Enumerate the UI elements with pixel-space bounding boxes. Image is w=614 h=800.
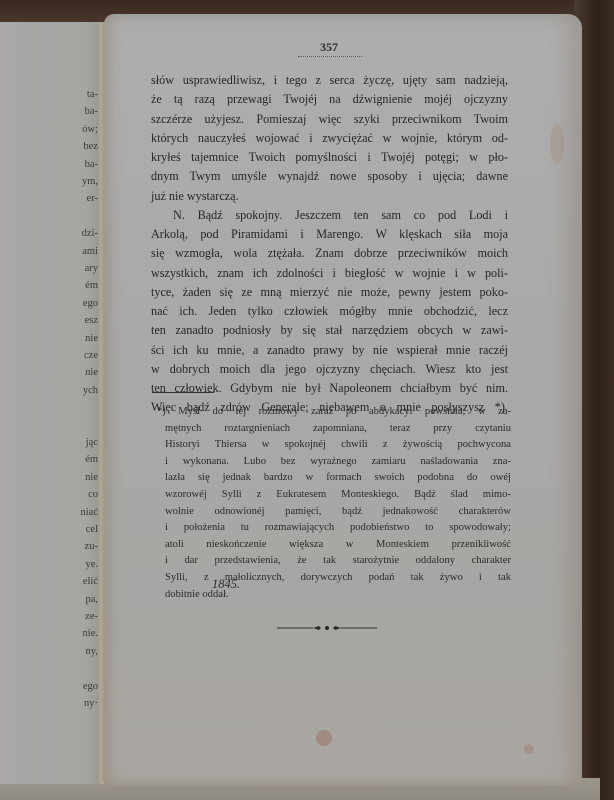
body-line: ten zanadto podniosły by się stał narzęd… xyxy=(151,321,508,340)
left-page-fragment: jąc xyxy=(86,436,98,449)
body-line: ści ich ku mnie, a zanadto prawy by nie … xyxy=(151,341,508,360)
ornament-divider-icon xyxy=(277,624,377,632)
left-page-fragment: ba- xyxy=(85,158,98,171)
body-line: dnym Twym umyśle wynajdź nowe sposoby i … xyxy=(151,167,508,186)
left-page-fragment: ém xyxy=(85,279,98,292)
left-page: ta-ba-ów;bezba-ym,er-dzi-amiaryémegoeszn… xyxy=(0,22,106,784)
footnote-line: i dar przedstawienia, że tak starożytnie… xyxy=(165,553,511,570)
footnote: *) Myśl do téj rozmowy zaraz po abdykacy… xyxy=(165,404,511,603)
left-page-fragment: niać xyxy=(81,506,99,519)
footnote-line: i położenia tu rozmawiających podobieńst… xyxy=(165,520,511,537)
body-line: słów usprawiedliwisz, i tego z serca życ… xyxy=(151,71,508,90)
foxing-stain xyxy=(524,744,534,754)
left-page-fragment: co xyxy=(88,488,98,501)
body-line: kryłeś tajemnice Twoich pomyślności i Tw… xyxy=(151,148,508,167)
left-page-fragment: ba- xyxy=(85,105,98,118)
left-page-fragment: cel xyxy=(86,523,98,536)
left-page-fragment: ta- xyxy=(87,88,98,101)
left-page-fragment: ym, xyxy=(82,175,98,188)
footnote-line: mętnych roztargnieniach zapomniana, tera… xyxy=(165,421,511,438)
page-number: 357 xyxy=(309,40,349,55)
left-page-fragment: dzi- xyxy=(82,227,98,240)
footnote-line: *) Myśl do téj rozmowy zaraz po abdykacy… xyxy=(157,404,511,421)
body-line: wszystkich, znam ich zdolności i biegłoś… xyxy=(151,264,508,283)
left-page-fragment: er- xyxy=(87,192,98,205)
body-line: w dobrych moich dla jego ojczyzny chęcia… xyxy=(151,360,508,379)
footnote-line: Historyi Thiersa w spokojnéj chwili z ży… xyxy=(165,437,511,454)
footnote-line: atoli nieskończenie większa w Monteskiem… xyxy=(165,537,511,554)
left-page-fragment: nie xyxy=(85,332,98,345)
body-line: że tą razą przewagi Twojéj na dźwignieni… xyxy=(151,90,508,109)
left-page-fragment: ego xyxy=(83,680,98,693)
foxing-stain xyxy=(316,730,332,746)
left-page-fragment: ami xyxy=(82,245,98,258)
body-line: Arkolą, pod Piramidami i Marengo. W klęs… xyxy=(151,225,508,244)
left-page-fragment: ary xyxy=(85,262,98,275)
body-line: ten człowiek. Gdybym nie był Napoleonem … xyxy=(151,379,508,398)
body-line: tyce, żaden się ze mną mierzyć nie może,… xyxy=(151,283,508,302)
left-page-fragment: ów; xyxy=(82,123,98,136)
left-page-fragment: ye. xyxy=(85,558,98,571)
body-line: nać ich. Jeden tylko człowiek mógłby mni… xyxy=(151,302,508,321)
body-text: słów usprawiedliwisz, i tego z serca życ… xyxy=(151,71,508,418)
body-line: szczérze użyjesz. Pomieszaj więc szyki p… xyxy=(151,110,508,129)
left-page-fragment: nie xyxy=(85,366,98,379)
left-page-fragment: bez xyxy=(83,140,98,153)
left-page-fragment: pa, xyxy=(85,593,98,606)
page-number-rule xyxy=(298,56,362,58)
footnote-line: wolnie odnowionéj pamięci, bądź jednakow… xyxy=(165,504,511,521)
foxing-stain xyxy=(550,124,564,164)
footnote-line: i wykonana. Lubo bez wyraźnego zamiaru n… xyxy=(165,454,511,471)
left-page-fragment: ny· xyxy=(84,697,98,710)
left-page-fragment: nie. xyxy=(83,627,98,640)
left-page-fragment: ze- xyxy=(85,610,98,623)
footnote-line: wzorowéj Sylli z Eukratesem Monteskiego.… xyxy=(165,487,511,504)
body-line: których nauczyłeś wojować i zwyciężać w … xyxy=(151,129,508,148)
body-line: już nie wystarczą. xyxy=(151,187,508,206)
body-line: się wzmogła, wola ztężała. Znam dobrze p… xyxy=(151,244,508,263)
date-signature: 1845. xyxy=(212,577,240,592)
left-page-fragment: ego xyxy=(83,297,98,310)
left-page-fragment: elić xyxy=(83,575,98,588)
body-line: N. Bądź spokojny. Jeszczem ten sam co po… xyxy=(151,206,508,225)
left-page-fragment: cze xyxy=(84,349,98,362)
left-page-fragment: esz xyxy=(85,314,98,327)
footnote-line: lazła się jednak bardzo w formach swoich… xyxy=(165,470,511,487)
left-page-fragment: zu- xyxy=(85,540,98,553)
left-page-fragment: ych xyxy=(83,384,98,397)
left-page-fragment: ny, xyxy=(86,645,98,658)
left-page-fragment: ém xyxy=(85,453,98,466)
footnote-separator xyxy=(152,392,214,393)
left-page-fragment: nie xyxy=(85,471,98,484)
